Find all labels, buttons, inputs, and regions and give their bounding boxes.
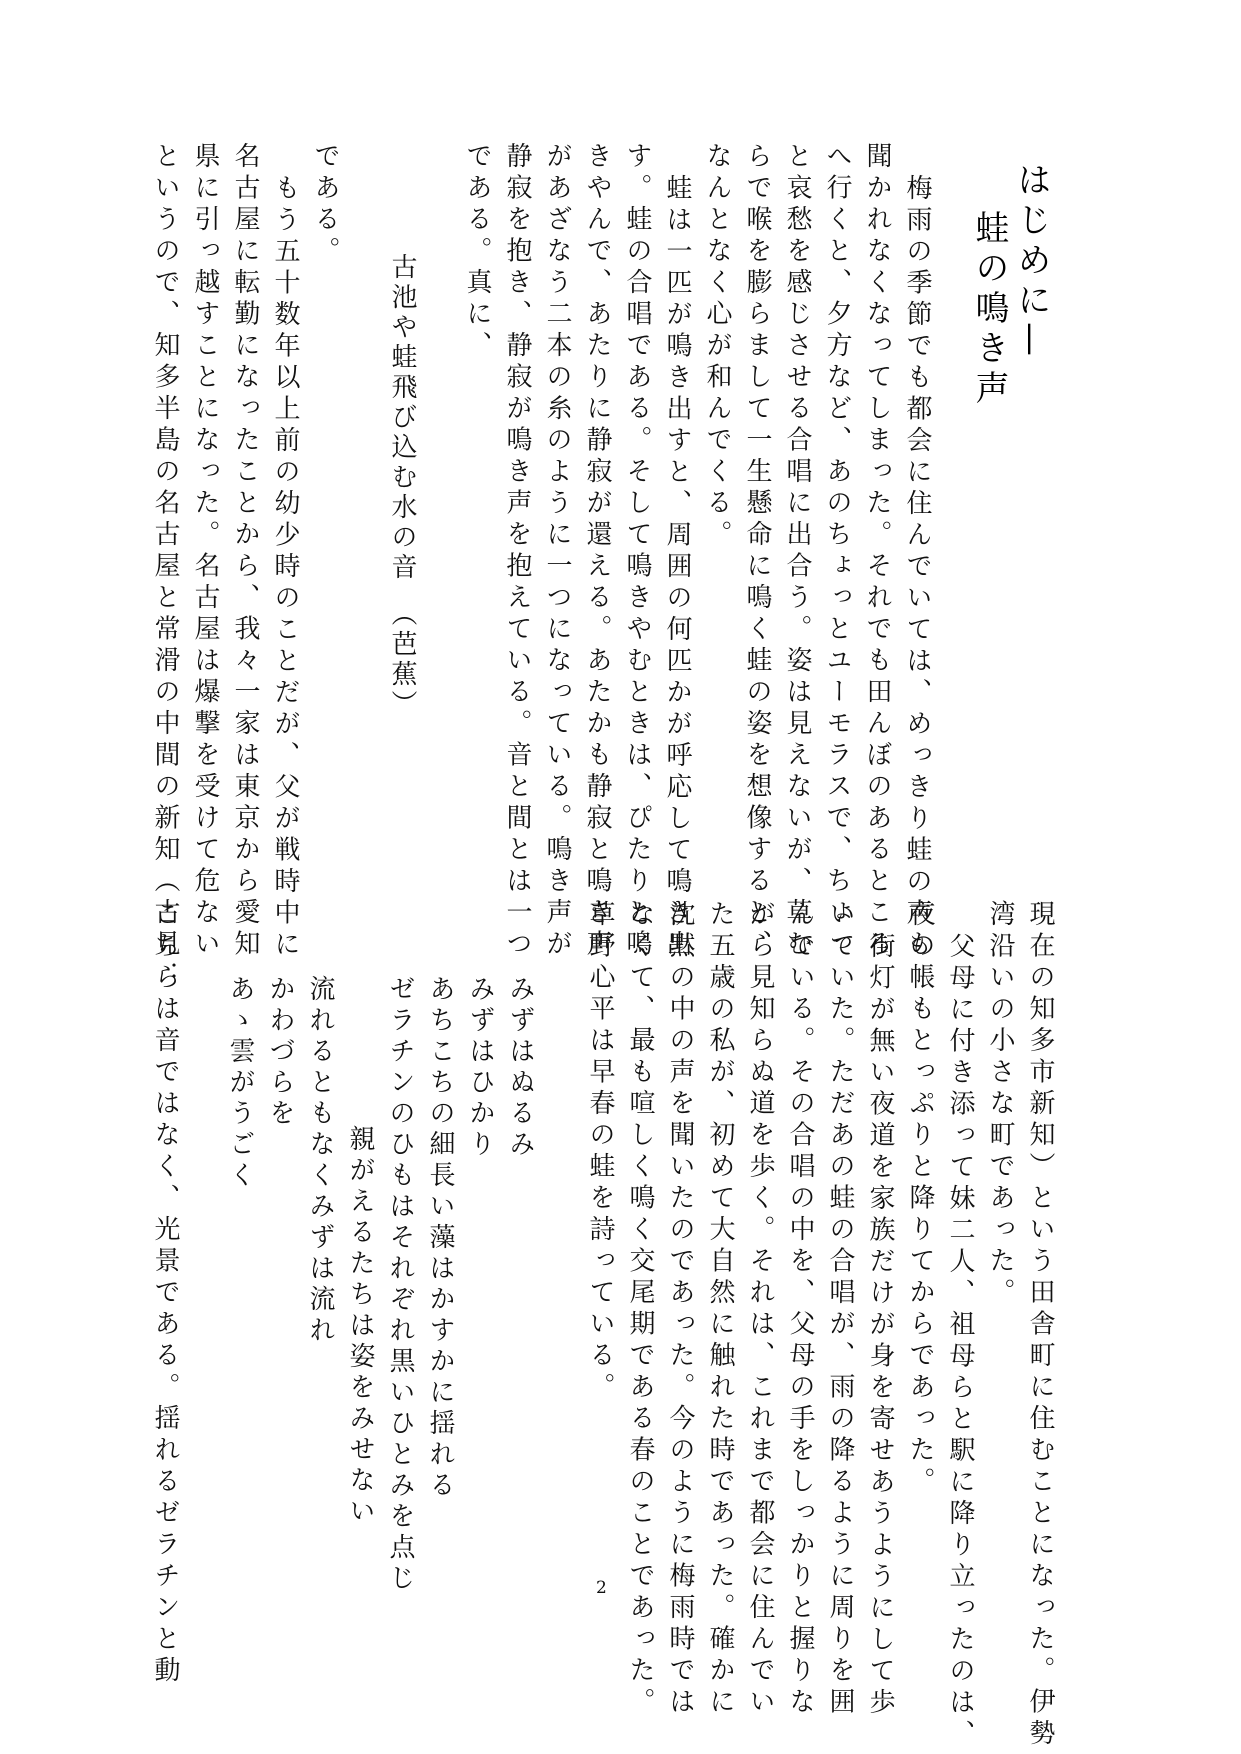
upper-column-6: なんとなく心が和んでくる。 (697, 142, 737, 552)
upper-after-column-3: 名古屋に転勤になったことから、我々一家は東京から愛知 (225, 142, 265, 961)
lower-column-9: た五歳の私が、初めて大自然に触れた時であった。確かに (700, 900, 740, 1719)
upper-after-column-1: である。 (305, 142, 345, 268)
poem-line-7: かわづらを (260, 975, 300, 1130)
closing-column: こちらは音ではなく、光景である。揺れるゼラチンと動 (145, 900, 185, 1688)
title-line-2: 蛙の鳴き声 (966, 210, 1012, 410)
document-page: はじめに— 蛙の鳴き声 梅雨の季節でも都会に住んでいては、めっきり蛙の声も 聞か… (0, 0, 1241, 1754)
upper-column-4: と哀愁を感じさせる合唱に出合う。姿は見えないが、草む (777, 142, 817, 961)
upper-column-5: らで喉を膨らまして一生懸命に鳴く蛙の姿を想像すると、 (737, 142, 777, 961)
title-line-1: はじめに— (1008, 162, 1054, 362)
upper-column-8: す。蛙の合唱である。そして鳴きやむときは、ぴたりと鳴 (617, 142, 657, 961)
lower-column-5: 街灯が無い夜道を家族だけが身を寄せあうようにして歩 (860, 932, 900, 1720)
poem-line-2: みずはひかり (460, 975, 500, 1161)
upper-column-3: へ行くと、夕方など、あのちょっとユーモラスで、ちょっ (817, 142, 857, 961)
upper-column-11: 静寂を抱き、静寂が鳴き声を抱えている。音と間とは一つ (497, 142, 537, 961)
upper-column-9: きやんで、あたりに静寂が還える。あたかも静寂と鳴き声 (577, 142, 617, 961)
upper-after-column-2: もう五十数年以上前の幼少時のことだが、父が戦時中に (265, 174, 305, 962)
lower-column-10: 沈黙の中の声を聞いたのであった。今のように梅雨時では (660, 900, 700, 1719)
upper-column-7: 蛙は一匹が鳴き出すと、周囲の何匹かが呼応して鳴き出 (657, 174, 697, 962)
lower-column-11: なくて、最も喧しく鳴く交尾期である春のことであった。 (620, 900, 660, 1719)
poem-line-5: 親がえるたちは姿をみせない (340, 1125, 380, 1528)
poem-line-4: ゼラチンのひもはそれぞれ黒いひとみを点じ (380, 975, 420, 1595)
poem-line-6: 流れるともなくみずは流れ (300, 975, 340, 1347)
poem-line-8: あゝ雲がうごく (220, 975, 260, 1192)
upper-column-12: である。真に、 (457, 142, 497, 363)
poem-line-3: あちこちの細長い藻はかすかに揺れる (420, 975, 460, 1502)
upper-after-column-5: というので、知多半島の名古屋と常滑の中間の新知（古見： (145, 142, 185, 993)
poem-line-1: みずはぬるみ (500, 975, 540, 1161)
upper-column-2: 聞かれなくなってしまった。それでも田んぼのあるところ (857, 142, 897, 961)
lower-column-3: 父母に付き添って妹二人、祖母らと駅に降り立ったのは、 (940, 932, 980, 1751)
lower-column-4: 夜の帳もとっぷりと降りてからであった。 (900, 900, 940, 1499)
upper-after-column-4: 県に引っ越すことになった。名古屋は爆撃を受けて危ない (185, 142, 225, 961)
upper-column-10: があざなう二本の糸のように一つになっている。鳴き声が (537, 142, 577, 961)
lower-column-2: 湾沿いの小さな町であった。 (980, 900, 1020, 1310)
upper-column-1: 梅雨の季節でも都会に住んでいては、めっきり蛙の声も (897, 174, 937, 962)
lower-column-8: がら見知らぬ道を歩く。それは、これまで都会に住んでい (740, 900, 780, 1719)
lower-column-1: 現在の知多市新知）という田舎町に住むことになった。伊勢 (1020, 900, 1060, 1751)
lower-column-6: いていた。ただあの蛙の合唱が、雨の降るように周りを囲 (820, 900, 860, 1719)
page-number: 2 (596, 1578, 607, 1598)
lower-column-7: んでいる。その合唱の中を、父母の手をしっかりと握りな (780, 900, 820, 1719)
lower-column-12: 草野心平は早春の蛙を詩っている。 (580, 900, 620, 1404)
haiku-quote: 古池や蛙飛び込む水の音 （芭蕉） (382, 253, 422, 720)
